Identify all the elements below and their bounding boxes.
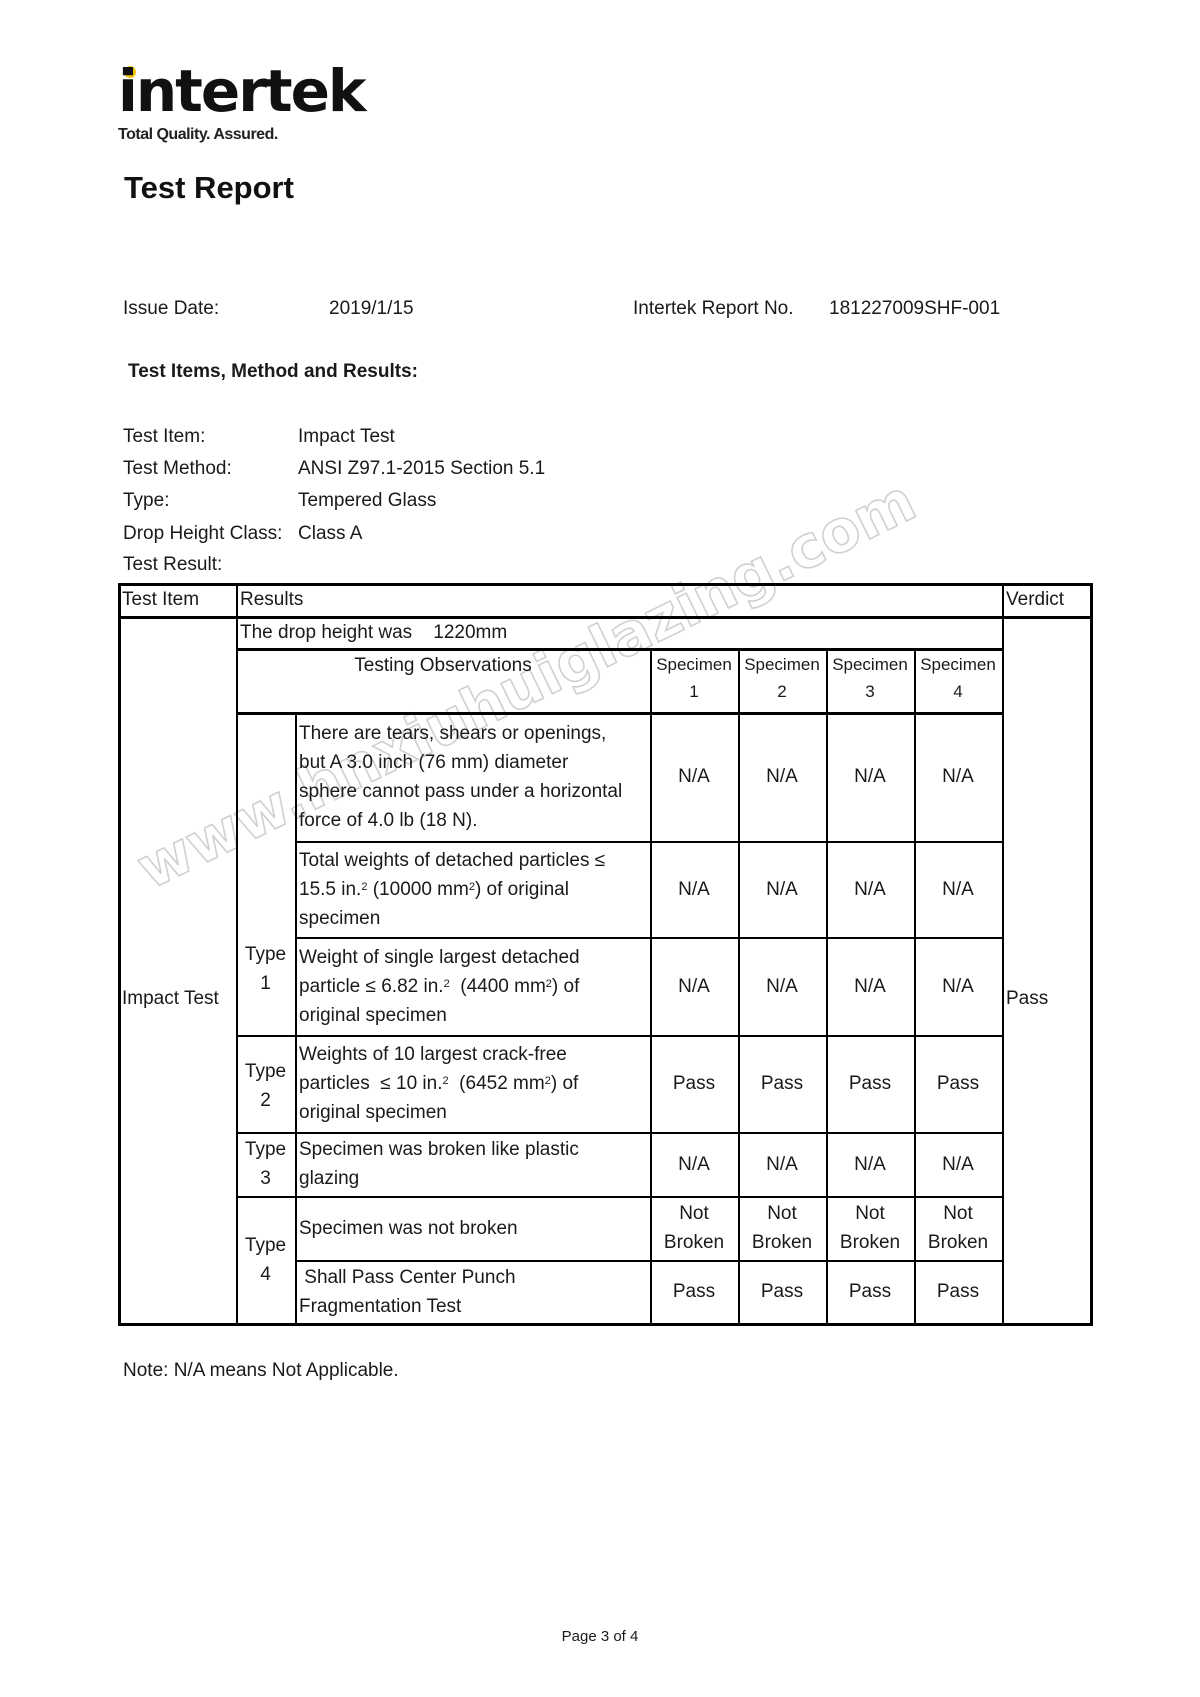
specimen-value: Pass xyxy=(650,1035,738,1132)
info-label-test-method: Test Method: xyxy=(123,458,232,480)
info-label-test-item: Test Item: xyxy=(123,426,205,448)
info-label-drop-height: Drop Height Class: xyxy=(123,523,282,545)
specimen-value: N/A xyxy=(650,841,738,937)
specimen-value: NotBroken xyxy=(738,1196,826,1260)
info-value-test-method: ANSI Z97.1-2015 Section 5.1 xyxy=(298,458,545,480)
specimen-header: Specimen2 xyxy=(738,649,826,713)
specimen-value: N/A xyxy=(826,841,914,937)
specimen-value: Pass xyxy=(914,1035,1002,1132)
type-label: Type1 xyxy=(236,712,295,1035)
table-border xyxy=(118,1323,1092,1326)
specimen-value: N/A xyxy=(914,712,1002,841)
info-value-drop-height: Class A xyxy=(298,523,362,545)
observation-text: Weight of single largest detachedparticl… xyxy=(299,937,650,1035)
info-label-test-result: Test Result: xyxy=(123,554,222,576)
specimen-value: Pass xyxy=(826,1260,914,1323)
specimen-value: NotBroken xyxy=(650,1196,738,1260)
specimen-value: Pass xyxy=(738,1035,826,1132)
observations-header: Testing Observations xyxy=(236,650,650,680)
specimen-header: Specimen4 xyxy=(914,649,1002,713)
specimen-value: Pass xyxy=(826,1035,914,1132)
specimen-value: Pass xyxy=(650,1260,738,1323)
test-item-value: Impact Test xyxy=(122,616,240,1323)
specimen-value: N/A xyxy=(914,841,1002,937)
specimen-value: N/A xyxy=(826,712,914,841)
info-value-type: Tempered Glass xyxy=(298,490,436,512)
observation-text: Weights of 10 largest crack-freeparticle… xyxy=(299,1035,650,1132)
drop-height: The drop height was 1220mm xyxy=(240,616,1006,648)
report-no-label: Intertek Report No. xyxy=(633,298,794,320)
specimen-value: Pass xyxy=(738,1260,826,1323)
specimen-value: N/A xyxy=(738,1132,826,1196)
specimen-value: Pass xyxy=(914,1260,1002,1323)
type-label: Type3 xyxy=(236,1132,295,1196)
specimen-value: NotBroken xyxy=(826,1196,914,1260)
type-label: Type4 xyxy=(236,1196,295,1323)
specimen-value: NotBroken xyxy=(914,1196,1002,1260)
info-value-test-item: Impact Test xyxy=(298,426,395,448)
verdict-value: Pass xyxy=(1006,616,1094,1323)
report-no: 181227009SHF-001 xyxy=(829,298,1000,320)
specimen-header: Specimen3 xyxy=(826,649,914,713)
specimen-value: N/A xyxy=(914,937,1002,1035)
table-border xyxy=(1002,583,1004,1323)
issue-date: 2019/1/15 xyxy=(329,298,414,320)
specimen-value: N/A xyxy=(826,1132,914,1196)
info-label-type: Type: xyxy=(123,490,169,512)
observation-text: Total weights of detached particles ≤15.… xyxy=(299,841,650,937)
specimen-value: N/A xyxy=(914,1132,1002,1196)
header-results: Results xyxy=(240,583,1006,616)
brand-logo: intertek xyxy=(118,62,364,120)
specimen-value: N/A xyxy=(738,937,826,1035)
specimen-value: N/A xyxy=(826,937,914,1035)
observation-text: There are tears, shears or openings,but … xyxy=(299,712,650,841)
specimen-header: Specimen1 xyxy=(650,649,738,713)
table-border xyxy=(295,712,297,1323)
type-label: Type2 xyxy=(236,1035,295,1132)
observation-text: Specimen was broken like plasticglazing xyxy=(299,1132,650,1196)
specimen-value: N/A xyxy=(738,841,826,937)
brand-tagline: Total Quality. Assured. xyxy=(118,126,278,144)
specimen-value: N/A xyxy=(650,1132,738,1196)
specimen-value: N/A xyxy=(650,712,738,841)
specimen-value: N/A xyxy=(650,937,738,1035)
page-title: Test Report xyxy=(124,170,294,206)
page-number: Page 3 of 4 xyxy=(0,1628,1200,1645)
specimen-value: N/A xyxy=(738,712,826,841)
observation-text: Specimen was not broken xyxy=(299,1196,650,1260)
issue-date-label: Issue Date: xyxy=(123,298,219,320)
observation-text: Shall Pass Center PunchFragmentation Tes… xyxy=(299,1260,650,1323)
section-title: Test Items, Method and Results: xyxy=(128,361,418,383)
table-border xyxy=(118,583,121,1326)
header-test-item: Test Item xyxy=(122,583,240,616)
header-verdict: Verdict xyxy=(1006,583,1094,616)
note: Note: N/A means Not Applicable. xyxy=(123,1360,399,1382)
